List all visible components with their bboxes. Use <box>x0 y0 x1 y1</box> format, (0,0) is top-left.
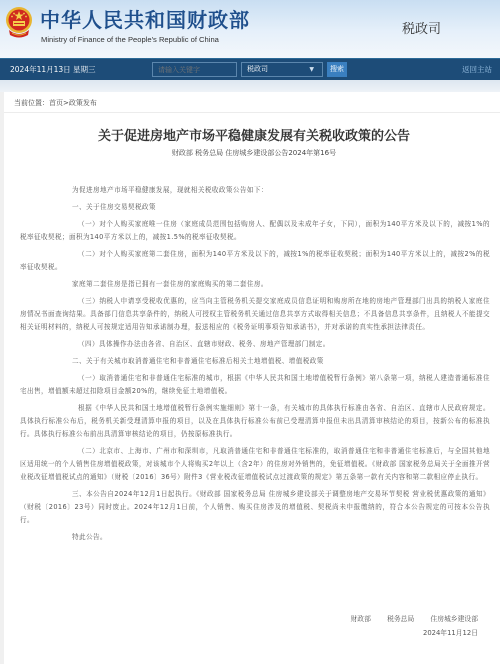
signatory: 税务总局 <box>387 615 414 623</box>
breadcrumb-home[interactable]: 首页 <box>49 99 63 107</box>
section-heading-3: 三、本公告自2024年12月1日起执行。《财政部 国家税务总局 住房城乡建设部关… <box>20 488 490 527</box>
paragraph: （二）北京市、上海市、广州市和深圳市，凡取消普通住宅和非普通住宅标准的，取消普通… <box>20 445 490 484</box>
paragraph: 根据《中华人民共和国土地增值税暂行条例实施细则》第十一条，有关城市的具体执行标准… <box>20 402 490 441</box>
divider <box>4 112 500 113</box>
navigation-bar: 2024年11月13日 星期三 税政司 ▼ 搜索 返回主站 <box>0 58 500 80</box>
site-header: 中华人民共和国财政部 Ministry of Finance of the Pe… <box>0 0 500 58</box>
national-emblem-icon <box>4 6 34 40</box>
header-divider-band <box>0 80 500 92</box>
closing-statement: 特此公告。 <box>20 531 490 544</box>
paragraph-intro: 为促进房地产市场平稳健康发展，现就相关税收政策公告如下： <box>20 184 490 197</box>
search-input[interactable] <box>152 62 237 77</box>
paragraph: （一）对个人购买家庭唯一住房（家庭成员范围包括购房人、配偶以及未成年子女，下同）… <box>20 218 490 244</box>
section-heading-2: 二、关于有关城市取消普通住宅和非普通住宅标准后相关土地增值税、增值税政策 <box>20 355 490 368</box>
chevron-down-icon: ▼ <box>309 63 314 76</box>
signature-block: 财政部 税务总局 住房城乡建设部 2024年11月12日 <box>337 612 479 640</box>
paragraph: （四）具体操作办法由各省、自治区、直辖市财政、税务、房地产管理部门制定。 <box>20 338 490 351</box>
article-container: 当前位置：首页>政策发布 关于促进房地产市场平稳健康发展有关税收政策的公告 财政… <box>0 92 500 664</box>
search-scope-select[interactable]: 税政司 ▼ <box>241 62 323 77</box>
signatories: 财政部 税务总局 住房城乡建设部 <box>337 612 479 626</box>
article-title: 关于促进房地产市场平稳健康发展有关税收政策的公告 <box>4 125 500 144</box>
paragraph: （三）纳税人申请享受税收优惠的，应当向主管税务机关提交家庭成员信息证明和购房所在… <box>20 295 490 334</box>
article-body: 为促进房地产市场平稳健康发展，现就相关税收政策公告如下： 一、关于住房交易契税政… <box>20 184 490 548</box>
search-button[interactable]: 搜索 <box>327 62 347 77</box>
breadcrumb: 当前位置：首页>政策发布 <box>14 98 97 108</box>
site-title[interactable]: 中华人民共和国财政部 <box>40 8 250 32</box>
article-document-number: 财政部 税务总局 住房城乡建设部公告2024年第16号 <box>4 148 500 158</box>
paragraph: （一）取消普通住宅和非普通住宅标准的城市，根据《中华人民共和国土地增值税暂行条例… <box>20 372 490 398</box>
section-heading-1: 一、关于住房交易契税政策 <box>20 201 490 214</box>
department-name: 税政司 <box>402 18 441 37</box>
site-title-english: Ministry of Finance of the People's Repu… <box>41 35 219 44</box>
breadcrumb-label: 当前位置： <box>14 99 49 107</box>
search-scope-value: 税政司 <box>247 65 268 73</box>
current-date: 2024年11月13日 星期三 <box>10 64 96 75</box>
signatory: 住房城乡建设部 <box>430 615 478 623</box>
breadcrumb-policy[interactable]: 政策发布 <box>69 99 97 107</box>
return-home-link[interactable]: 返回主站 <box>462 64 492 75</box>
signatory: 财政部 <box>351 615 371 623</box>
signature-date: 2024年11月12日 <box>337 626 479 640</box>
paragraph: 家庭第二套住房是指已拥有一套住房的家庭购买的第二套住房。 <box>20 278 490 291</box>
paragraph: （二）对个人购买家庭第二套住房，面积为140平方米及以下的，减按1%的税率征收契… <box>20 248 490 274</box>
